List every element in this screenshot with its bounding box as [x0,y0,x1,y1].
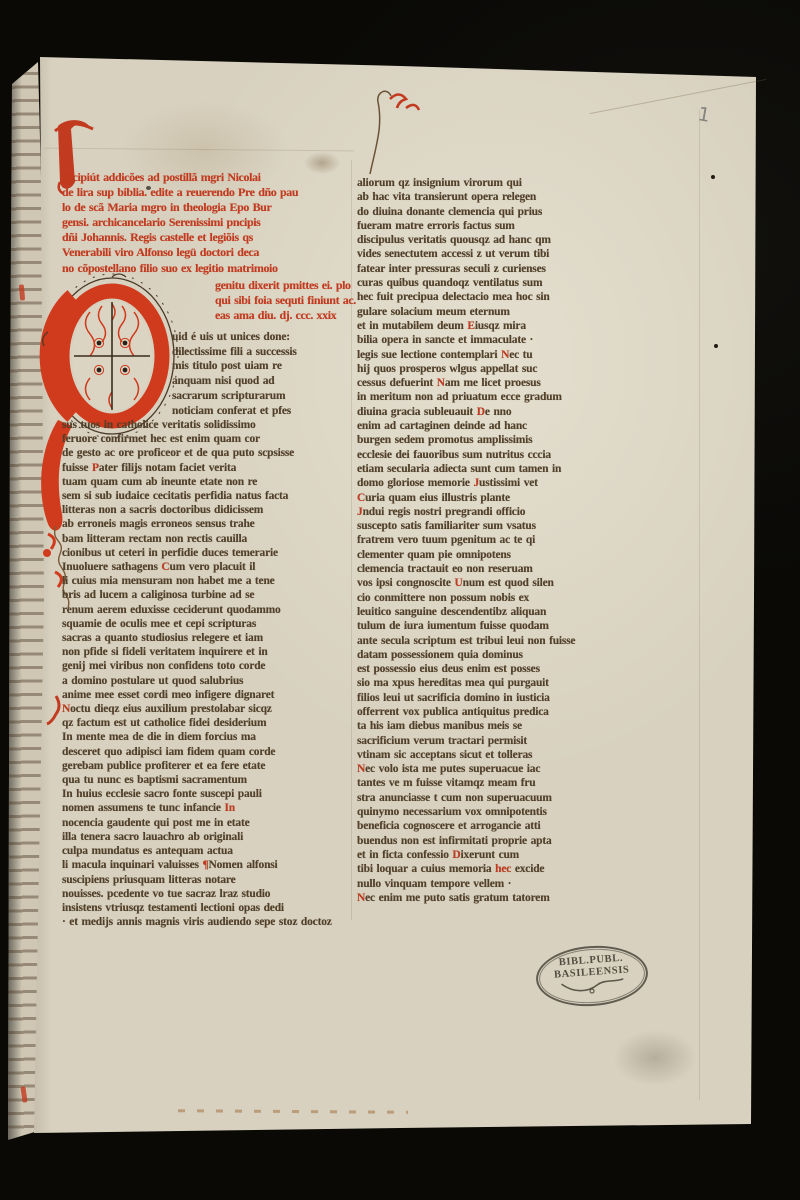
manuscript-text-line: ab hac vita transierunt opera relegen [357,190,575,204]
ink-speck [711,175,715,179]
manuscript-text-line: et in mutabilem deum Eiusqz mira [357,319,575,333]
manuscript-text-line: suscipiens priusquam litteras notare [62,873,332,887]
manuscript-text-line: sio ma xpus hereditas mea qui purgauit [357,676,575,690]
manuscript-text-line: clemencia tractauit eo non reseruam [357,562,575,576]
manuscript-text-line: ante secula scriptum est tribui leui non… [357,634,575,648]
manuscript-text-line: gerebam publice profiterer et ea fere et… [62,759,332,773]
manuscript-text-line: qua tu nunc es baptismi sacramentum [62,773,332,787]
manuscript-text-line: mis titulo post uiam re [172,359,297,374]
manuscript-text-line: tulum de iura iumentum fuisse quodam [357,619,575,633]
ink-speck [714,344,718,348]
manuscript-text-line: do diuina donante clemencia qui prius [357,205,575,219]
manuscript-text-line: offerrent vox publica antiquitus predica [357,705,575,719]
manuscript-text-line: Jndui regis nostri pregrandi officio [357,505,575,519]
library-stamp: BIBL.PUBL. BASILEENSIS [534,942,650,1010]
facing-page-rubric-trace [20,1086,27,1103]
manuscript-text-line: renum aerem eduxisse ceciderunt quodammo [62,603,332,617]
manuscript-text-line: feruore confirmet hec est enim quam cor [62,432,332,446]
manuscript-text-line: sem si sub iudaice cecitatis perfidia na… [62,489,332,503]
manuscript-text-line: ecclesie dei fauoribus sum nutritus ccci… [357,448,575,462]
manuscript-text-line: ab erroneis magis erroneos sensus trahe [62,517,332,531]
column1-text-beside-initial: uid é uis ut unices done:dilectissime fi… [172,330,297,418]
manuscript-text-line: enim ad cartaginen deinde ad hanc [357,419,575,433]
manuscript-text-line: aliorum qz insignium virorum qui [357,176,575,190]
manuscript-text-line: sus tuos in catholice veritatis solidiss… [62,418,332,432]
manuscript-text-line: bam litteram rectam non rectis cauilla [62,532,332,546]
manuscript-text-line: quinymo necessarium vox omnipotentis [357,805,575,819]
manuscript-text-line: tuam quam cum ab ineunte etate non re [62,475,332,489]
manuscript-text-line: stra anunciasse t cum non superuacuum [357,791,575,805]
manuscript-text-line: ta his iam diebus manibus meis se [357,719,575,733]
manuscript-text-line: genij mei viribus non confidens toto cor… [62,659,332,673]
manuscript-text-line: etiam secularia adiecta sunt cum tamen i… [357,462,575,476]
manuscript-text-line: vides senectutem accessi z ut verum tibi [357,247,575,261]
manuscript-text-line: culpa mundatus es antequam actua [62,844,332,858]
manuscript-text-line: anime mee esset cordi meo infigere digna… [62,688,332,702]
manuscript-photo: 1 [0,0,800,1200]
manuscript-text-line: beneficia cognoscere et arrogancie atti [357,819,575,833]
manuscript-text-line: datam possessionem quia dominus [357,648,575,662]
rubric-incipit: Incipiút addicões ad postillã mgri Nicol… [62,170,298,276]
rubric-line: de lira sup biblia. edite a reuerendo Pr… [62,185,298,200]
manuscript-text-line: Curia quam eius illustris plante [357,491,575,505]
manuscript-text-line: sacrificium verum tractari permisit [357,734,575,748]
manuscript-text-line: est possessio eius deus enim est posses [357,662,575,676]
manuscript-text-line: cio conmittere non possum nobis ex [357,591,575,605]
manuscript-text-line: fuisse Pater filijs notam faciet verita [62,461,332,475]
manuscript-text-line: discipulus veritatis quousqz ad hanc qm [357,233,575,247]
rubric-line: qui sibi foia sequti finiunt ac. [215,293,356,308]
manuscript-text-line: diuina gracia subleuauit De nno [357,405,575,419]
manuscript-text-line: illa tenera sacro lauachro ab originali [62,830,332,844]
manuscript-text-line: hij quos prosperos wlgus appellat suc [357,362,575,376]
manuscript-text-line: burgen sedem promotus amplissimis [357,433,575,447]
manuscript-text-line: insistens vtriusqz testamenti lectioni o… [62,901,332,915]
manuscript-text-line: non pfide si fideli veritatem inquirere … [62,645,332,659]
rubric-line: lo de scã Maria mgro in theologia Epo Bu… [62,200,298,215]
manuscript-text-line: Nec enim me puto satis gratum tatorem [357,891,575,905]
manuscript-text-line: nocencia gaudente qui post me in etate [62,816,332,830]
manuscript-text-line: domo gloriose memorie Justissimi vet [357,476,575,490]
manuscript-text-line: vos ipsi congnoscite Unum est quod silen [357,576,575,590]
rubric-line: Venerabili viro Alfonso legü doctori dec… [62,245,298,260]
manuscript-text-line: litteras non a sacris doctoribus didicis… [62,503,332,517]
rubric-line: no cõpostellano filio suo ex legitio mat… [62,261,298,276]
manuscript-text-line: clementer quam pie omnipotens [357,548,575,562]
facing-page-rubric-trace [19,284,25,300]
manuscript-text-line: Inuoluere sathagens Cum vero placuit il [62,560,332,574]
manuscript-text-line: sacrarum scripturarum [172,389,297,404]
manuscript-text-line: a domino postulare ut quod salubrius [62,674,332,688]
manuscript-text-line: Noctu dieqz eius auxilium prestolabar si… [62,702,332,716]
manuscript-text-line: In mente mea de die in diem forcius ma [62,730,332,744]
rubric-continuation: genitu dixerit pmittes ei. ploqui sibi f… [215,278,356,323]
manuscript-text-line: fratrem vero tuum pgenitum ac te qi [357,533,575,547]
manuscript-text-line: squamie de oculis mee et cepi scripturas [62,617,332,631]
manuscript-text-line: et in ficta confessio Dixerunt cum [357,848,575,862]
manuscript-text-line: hec fuit precipua delectacio mea hoc sin [357,290,575,304]
manuscript-text-line: uid é uis ut unices done: [172,330,297,345]
manuscript-text-line: tibi loquar a cuius memoria hec excide [357,862,575,876]
manuscript-text-line: fueram matre erroris factus sum [357,219,575,233]
manuscript-text-line: fatear inter pressuras seculi z curiense… [357,262,575,276]
rubric-line: dñi Johannis. Regis castelle et legiõis … [62,230,298,245]
manuscript-text-line: dilectissime fili a successis [172,345,297,360]
manuscript-text-line: · et medijs annis magnis viris audiendo … [62,915,332,929]
manuscript-text-line: leuitico sanguine descendentibz aliquan [357,605,575,619]
manuscript-text-line: bris ad lucem a caliginosa turbine ad se [62,588,332,602]
column1-text: sus tuos in catholice veritatis solidiss… [62,418,332,929]
manuscript-text-line: nullo vinquam tempore vellem · [357,877,575,891]
manuscript-text-line: bilia opera in sancte et immaculate · [357,333,575,347]
manuscript-text-line: gulare solacium meum eternum [357,305,575,319]
manuscript-text-line: nouisses. pcedente vo tue sacraz lraz st… [62,887,332,901]
rubric-line: gensi. archicancelario Serenissimi pncip… [62,215,298,230]
manuscript-text-line: in meritum non ad priuatum ecce gradum [357,390,575,404]
manuscript-text-line: Nec volo ista me putes superuacue iac [357,762,575,776]
manuscript-text-line: li cuius mia mensuram non habet me a ten… [62,574,332,588]
manuscript-text-line: tantes ve m fuisse vitamqz meam fru [357,776,575,790]
manuscript-text-line: cionibus ut ceteri in perfidie duces tem… [62,546,332,560]
manuscript-text-line: curas quibus quandoqz ventilatus sum [357,276,575,290]
manuscript-text-line: nomen assumens te tunc infancie In [62,801,332,815]
manuscript-text-line: vtinam sic acceptans sicut et tolleras [357,748,575,762]
manuscript-text-line: de gesto ac ore proficeor et de qua puto… [62,446,332,460]
manuscript-text-line: legis sue lectione contemplari Nec tu [357,348,575,362]
manuscript-text-line: noticiam conferat et pfes [172,404,297,419]
rubric-line: genitu dixerit pmittes ei. plo [215,278,356,293]
manuscript-text-line: qz factum est ut catholice fidei desider… [62,716,332,730]
rubric-line: Incipiút addicões ad postillã mgri Nicol… [62,170,298,185]
column2-text: aliorum qz insignium virorum quiab hac v… [357,176,575,905]
manuscript-text-line: cessus defuerint Nam me licet proesus [357,376,575,390]
manuscript-text-line: anquam nisi quod ad [172,374,297,389]
manuscript-text-line: li macula inquinari valuisses ¶Nomen alf… [62,858,332,872]
manuscript-text-line: suscepto satis familiariter sum vsatus [357,519,575,533]
manuscript-text-line: In huius ecclesie sacro fonte suscepi pa… [62,787,332,801]
manuscript-text-line: filios leui ut sacrificia domino in iust… [357,691,575,705]
manuscript-text-line: desceret quo adipisci iam fidem quam cor… [62,745,332,759]
manuscript-text-line: buendus non est infirmitati proprie apta [357,834,575,848]
rubric-line: eas ama diu. dj. ccc. xxix [215,308,356,323]
manuscript-text-line: sacras a quanto studiosius relegere et i… [62,631,332,645]
